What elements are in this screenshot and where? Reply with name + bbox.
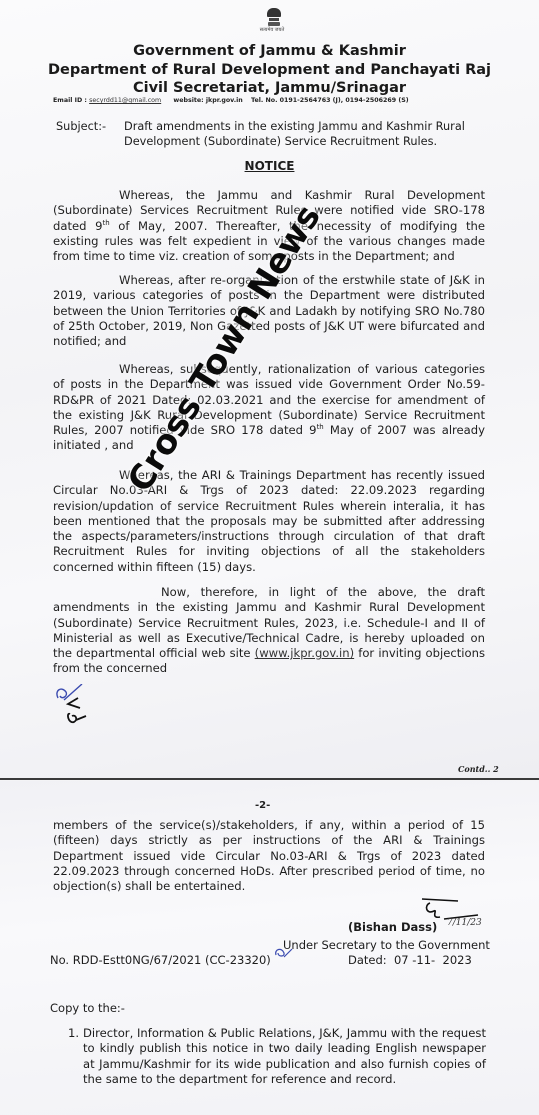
paragraph-6: members of the service(s)/stakeholders, … bbox=[53, 818, 485, 894]
telephone: Tel. No. 0191-2564763 (J), 0194-2506269 … bbox=[251, 97, 409, 104]
copy-to-item-number: 1. bbox=[68, 1026, 79, 1041]
website-label: website: jkpr.gov.in bbox=[173, 97, 242, 104]
copy-to-label: Copy to the:- bbox=[50, 1001, 125, 1015]
email-label: Email ID : bbox=[53, 97, 87, 104]
subject: Subject:- Draft amendments in the existi… bbox=[56, 119, 496, 149]
subject-text: Draft amendments in the existing Jammu a… bbox=[124, 119, 496, 149]
signatory-designation: Under Secretary to the Government bbox=[283, 938, 490, 952]
letterhead-contact: Email ID : secyrdd11@gmail.com website: … bbox=[53, 97, 409, 104]
subject-label: Subject:- bbox=[56, 119, 106, 134]
paragraph-3: Whereas, subsequently, rationalization o… bbox=[53, 362, 485, 454]
letterhead-government: Government of Jammu & Kashmir bbox=[0, 43, 539, 59]
handwritten-date: 7/11/23 bbox=[447, 918, 482, 928]
signatory-name: (Bishan Dass) bbox=[348, 920, 437, 934]
paragraph-4: Whereas, the ARI & Trainings Department … bbox=[53, 468, 485, 575]
copy-to-item-text: Director, Information & Public Relations… bbox=[83, 1026, 486, 1087]
emblem-motto: सत्यमेव जयते bbox=[258, 27, 286, 33]
notice-page-1: सत्यमेव जयते Government of Jammu & Kashm… bbox=[0, 0, 539, 780]
page-number: -2- bbox=[255, 800, 270, 811]
copy-to-item: 1. Director, Information & Public Relati… bbox=[68, 1026, 486, 1087]
paragraph-5: Now, therefore, in light of the above, t… bbox=[53, 585, 485, 677]
reference-number: No. RDD-Estt0NG/67/2021 (CC-23320) bbox=[50, 953, 271, 967]
email-link[interactable]: secyrdd11@gmail.com bbox=[89, 97, 161, 104]
continued-marker: Contd.. 2 bbox=[458, 764, 499, 774]
national-emblem-icon bbox=[267, 8, 281, 26]
website-link[interactable]: (www.jkpr.gov.in) bbox=[255, 646, 354, 660]
handwritten-initials-icon bbox=[52, 684, 122, 736]
copy-to-list: 1. Director, Information & Public Relati… bbox=[68, 1026, 486, 1087]
letterhead-department: Department of Rural Development and Panc… bbox=[0, 62, 539, 78]
issue-date: Dated: 07 -11- 2023 bbox=[348, 953, 472, 967]
letterhead-address: Civil Secretariat, Jammu/Srinagar bbox=[0, 80, 539, 96]
initials-mark-icon bbox=[272, 945, 294, 965]
national-emblem: सत्यमेव जयते bbox=[262, 8, 286, 33]
notice-title: NOTICE bbox=[0, 159, 539, 173]
